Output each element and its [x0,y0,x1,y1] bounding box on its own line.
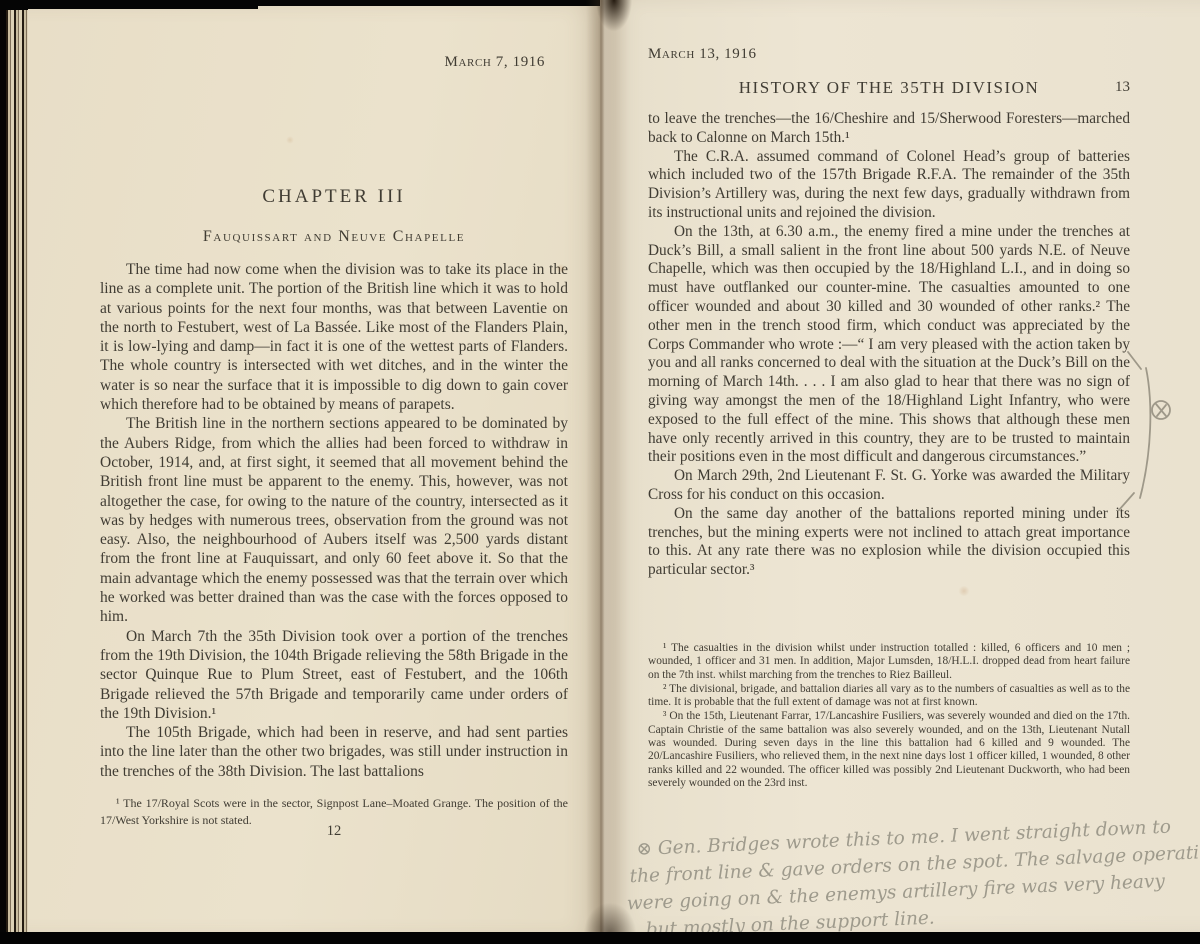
paragraph: On the same day another of the battalion… [648,505,1130,580]
gutter-shadow-bottom [578,892,642,934]
running-title-row: HISTORY OF THE 35TH DIVISION 13 [648,78,1130,98]
right-header-date: March 13, 1916 [648,46,757,63]
paper-stain [556,264,566,273]
right-footnotes: ¹ The casualties in the division whilst … [648,642,1130,791]
running-title: HISTORY OF THE 35TH DIVISION [648,78,1130,98]
right-body-text: to leave the trenches—the 16/Cheshire an… [648,110,1130,580]
chapter-heading: CHAPTER III [100,186,568,208]
left-body-text: The time had now come when the division … [100,260,568,781]
circled-x-cross [1156,404,1166,416]
paragraph: The British line in the northern section… [100,414,568,626]
pencil-tick-top [1128,352,1141,369]
right-page-number: 13 [1115,79,1130,96]
gutter-shadow-top [592,0,636,42]
paragraph: to leave the trenches—the 16/Cheshire an… [648,110,1130,148]
pencil-tick-bottom [1119,493,1134,510]
paper-stain [958,586,970,596]
left-page: March 7, 1916 CHAPTER III Fauquissart an… [28,6,600,935]
paragraph: On the 13th, at 6.30 a.m., the enemy fir… [648,223,1130,467]
footnote: ² The divisional, brigade, and battalion… [648,683,1130,710]
paper-stain [286,136,294,144]
left-page-number: 12 [100,823,568,840]
chapter-subtitle: Fauquissart and Neuve Chapelle [100,228,568,246]
footnote: ¹ The casualties in the division whilst … [648,642,1130,682]
paragraph: The 105th Brigade, which had been in res… [100,723,568,781]
background-top-strip [0,0,258,9]
paragraph: On March 7th the 35th Division took over… [100,627,568,723]
paragraph: On March 29th, 2nd Lieutenant F. St. G. … [648,467,1130,505]
circled-x-pencil-mark [1100,340,1190,525]
paragraph: The C.R.A. assumed command of Colonel He… [648,148,1130,223]
gutter-crease [586,0,616,933]
footnote: ³ On the 15th, Lieutenant Farrar, 17/Lan… [648,710,1130,790]
background-bottom-strip [0,932,1200,944]
book-scan: March 7, 1916 CHAPTER III Fauquissart an… [0,0,1200,944]
pencil-bracket-line [1140,368,1150,498]
left-header-date: March 7, 1916 [445,54,545,71]
page-edges-stack [6,10,30,934]
paragraph: The time had now come when the division … [100,260,568,414]
